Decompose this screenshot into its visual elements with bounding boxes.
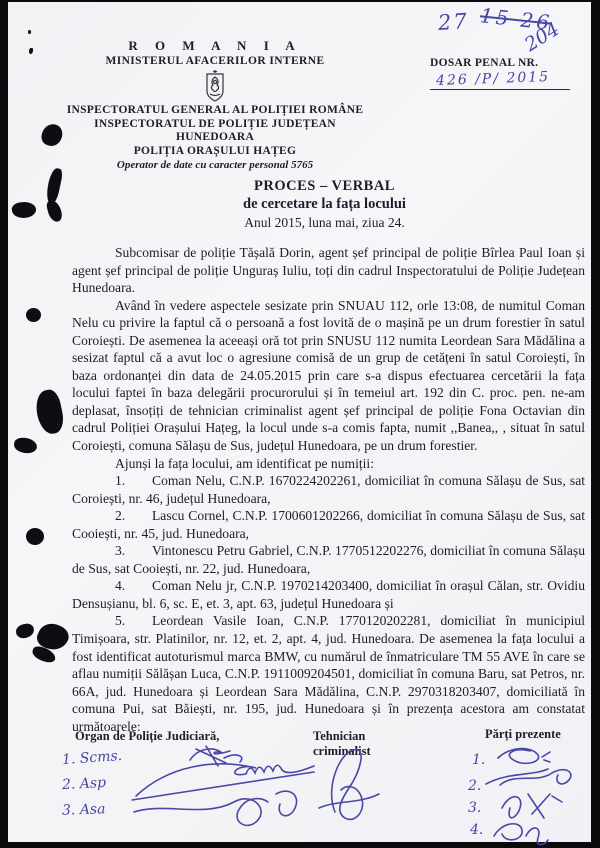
document-title-block: PROCES – VERBAL de cercetare la fața loc… (72, 178, 577, 231)
scan-artifact-blob (46, 199, 64, 223)
case-number-label: DOSAR PENAL NR. (430, 57, 590, 69)
paper-sheet: R O M A N I A MINISTERUL AFACERILOR INTE… (8, 2, 591, 842)
document-subtitle: de cercetare la fața locului (72, 196, 577, 213)
signature-scribble-technician (303, 744, 398, 829)
handwritten-signer-1: 1. Scms. (62, 748, 123, 768)
scan-artifact-blob (26, 528, 44, 545)
scan-artifact-blob (26, 308, 41, 322)
scanned-document-page: R O M A N I A MINISTERUL AFACERILOR INTE… (0, 0, 600, 848)
list-item-number: 5. (115, 612, 152, 630)
handwritten-party-2: 2. (468, 778, 481, 794)
document-date-line: Anul 2015, luna mai, ziua 24. (72, 215, 577, 231)
scan-artifact-blob (15, 623, 35, 640)
list-item-number: 1. (115, 472, 152, 490)
forensic-label-line1: Tehnician (313, 729, 403, 744)
list-item-person: 3.Vintonescu Petru Gabriel, C.N.P. 17705… (72, 542, 585, 577)
scan-artifact-blob (11, 200, 37, 219)
handwritten-signer-2: 2. Asp (62, 775, 107, 793)
signature-label-parties-present: Părți prezente (485, 727, 561, 742)
data-operator-line: Operator de date cu caracter personal 57… (60, 159, 370, 171)
handwritten-case-number: 426 /P/ 2015 (436, 69, 551, 89)
list-item-text: Leordean Vasile Ioan, C.N.P. 17701202022… (72, 613, 585, 733)
handwritten-party-4: 4. (470, 822, 483, 838)
ministry-title: MINISTERUL AFACERILOR INTERNE (60, 55, 370, 67)
list-item-person: 5.Leordean Vasile Ioan, C.N.P. 177012020… (72, 612, 585, 735)
handwritten-annotation: 27 (437, 9, 469, 35)
scan-artifact-blob (13, 437, 37, 454)
document-title: PROCES – VERBAL (72, 178, 577, 195)
case-number-line: 426 /P/ 2015 (430, 70, 570, 90)
country-title: R O M A N I A (60, 38, 370, 54)
signature-scribbles-parties (484, 744, 594, 844)
list-item-person: 4.Coman Nelu jr, C.N.P. 1970214203400, d… (72, 577, 585, 612)
list-item-number: 3. (115, 542, 152, 560)
scan-artifact-blob (29, 48, 33, 54)
scan-artifact-blob (28, 30, 31, 34)
signature-label-judicial-police: Organ de Poliție Judiciară, (75, 729, 219, 744)
paragraph-officers: Subcomisar de poliție Tășală Dorin, agen… (72, 244, 585, 297)
list-item-number: 2. (115, 507, 152, 525)
paragraph-arrival: Ajunși la fața locului, am identificat p… (72, 455, 585, 473)
scan-artifact-blob (44, 167, 63, 205)
handwritten-signer-3: 3. Asa (62, 801, 106, 819)
document-body: Subcomisar de poliție Tășală Dorin, agen… (72, 244, 585, 735)
list-item-person: 1.Coman Nelu, C.N.P. 1670224202261, domi… (72, 472, 585, 507)
handwritten-party-3: 3. (468, 800, 481, 816)
case-number-block: DOSAR PENAL NR. 426 /P/ 2015 (430, 57, 590, 90)
org-line-2: INSPECTORATUL DE POLIȚIE JUDEȚEAN HUNEDO… (60, 118, 370, 145)
scan-artifact-blob (33, 388, 67, 436)
list-item-number: 4. (115, 577, 152, 595)
org-line-3: POLIȚIA ORAȘULUI HAȚEG (60, 145, 370, 159)
list-item-person: 2.Lascu Cornel, C.N.P. 1700601202266, do… (72, 507, 585, 542)
paragraph-facts: Având în vedere aspectele sesizate prin … (72, 297, 585, 455)
org-line-1: INSPECTORATUL GENERAL AL POLIȚIEI ROMÂNE (60, 104, 370, 118)
coat-of-arms-icon (202, 69, 228, 103)
letterhead: R O M A N I A MINISTERUL AFACERILOR INTE… (60, 38, 370, 171)
